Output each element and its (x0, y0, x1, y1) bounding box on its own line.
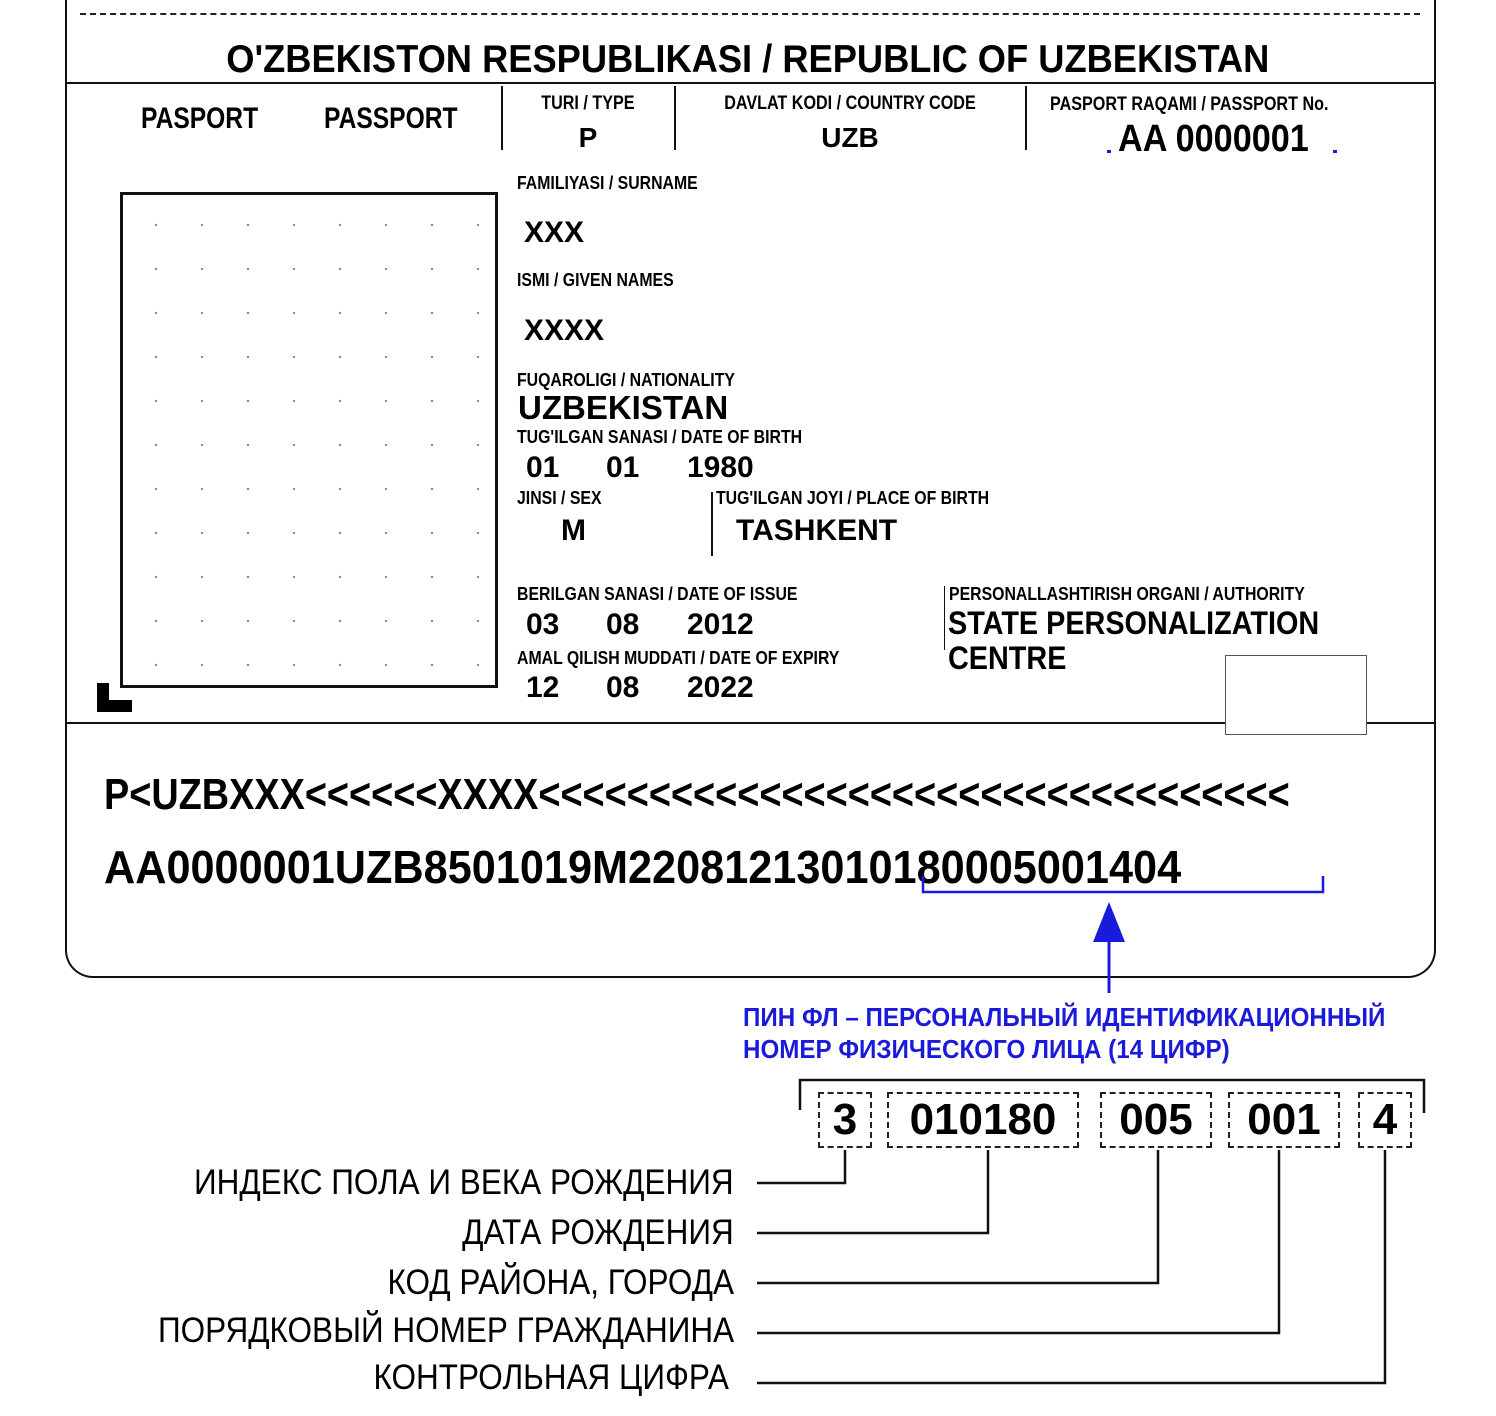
pin-legend-district-code: КОД РАЙОНА, ГОРОДА (388, 1263, 734, 1303)
pin-part-district-code: 005 (1100, 1092, 1212, 1148)
pin-legend-gender-century: ИНДЕКС ПОЛА И ВЕКА РОЖДЕНИЯ (194, 1163, 734, 1203)
pin-part-check-digit: 4 (1358, 1092, 1412, 1148)
pin-part-gender-century: 3 (818, 1092, 872, 1148)
pin-caption-line-2: НОМЕР ФИЗИЧЕСКОГО ЛИЦА (14 ЦИФР) (743, 1034, 1230, 1065)
pin-part-birth-date: 010180 (887, 1092, 1079, 1148)
pin-legend-serial-number: ПОРЯДКОВЫЙ НОМЕР ГРАЖДАНИНА (158, 1311, 734, 1351)
pin-legend-check-digit: КОНТРОЛЬНАЯ ЦИФРА (374, 1358, 729, 1398)
pin-legend-birth-date: ДАТА РОЖДЕНИЯ (462, 1213, 734, 1253)
pin-caption-line-1: ПИН ФЛ – ПЕРСОНАЛЬНЫЙ ИДЕНТИФИКАЦИОННЫЙ (743, 1002, 1385, 1033)
pin-part-serial-number: 001 (1228, 1092, 1340, 1148)
pin-bracket-arrow-icon (0, 0, 1496, 1416)
